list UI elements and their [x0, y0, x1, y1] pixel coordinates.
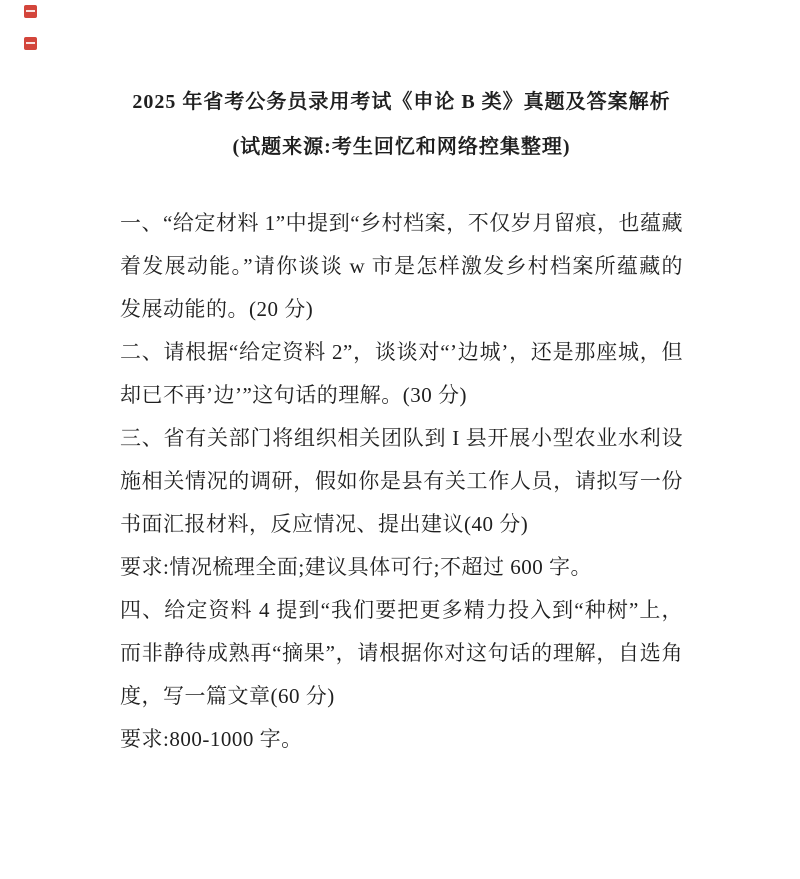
document-title: 2025 年省考公务员录用考试《申论 B 类》真题及答案解析	[120, 80, 683, 125]
document-body: 2025 年省考公务员录用考试《申论 B 类》真题及答案解析 (试题来源:考生回…	[120, 80, 683, 761]
questions-block: 一、“给定材料 1”中提到“乡村档案，不仅岁月留痕，也蕴藏着发展动能。”请你谈谈…	[120, 202, 683, 761]
question-1: 一、“给定材料 1”中提到“乡村档案，不仅岁月留痕，也蕴藏着发展动能。”请你谈谈…	[120, 202, 683, 331]
red-stamp-icon	[24, 5, 37, 18]
document-subtitle: (试题来源:考生回忆和网络控集整理)	[120, 125, 683, 170]
corner-stamps	[24, 5, 40, 69]
question-3: 三、省有关部门将组织相关团队到 I 县开展小型农业水利设施相关情况的调研，假如你…	[120, 417, 683, 546]
question-4: 四、给定资料 4 提到“我们要把更多精力投入到“种树”上，而非静待成熟再“摘果”…	[120, 589, 683, 718]
question-2: 二、请根据“给定资料 2”，谈谈对“’边城’，还是那座城，但却已不再’边’”这句…	[120, 331, 683, 417]
document-page: 2025 年省考公务员录用考试《申论 B 类》真题及答案解析 (试题来源:考生回…	[0, 0, 800, 879]
requirement-4: 要求:800-1000 字。	[120, 718, 683, 761]
requirement-3: 要求:情况梳理全面;建议具体可行;不超过 600 字。	[120, 546, 683, 589]
red-stamp-icon	[24, 37, 37, 50]
title-block: 2025 年省考公务员录用考试《申论 B 类》真题及答案解析 (试题来源:考生回…	[120, 80, 683, 170]
